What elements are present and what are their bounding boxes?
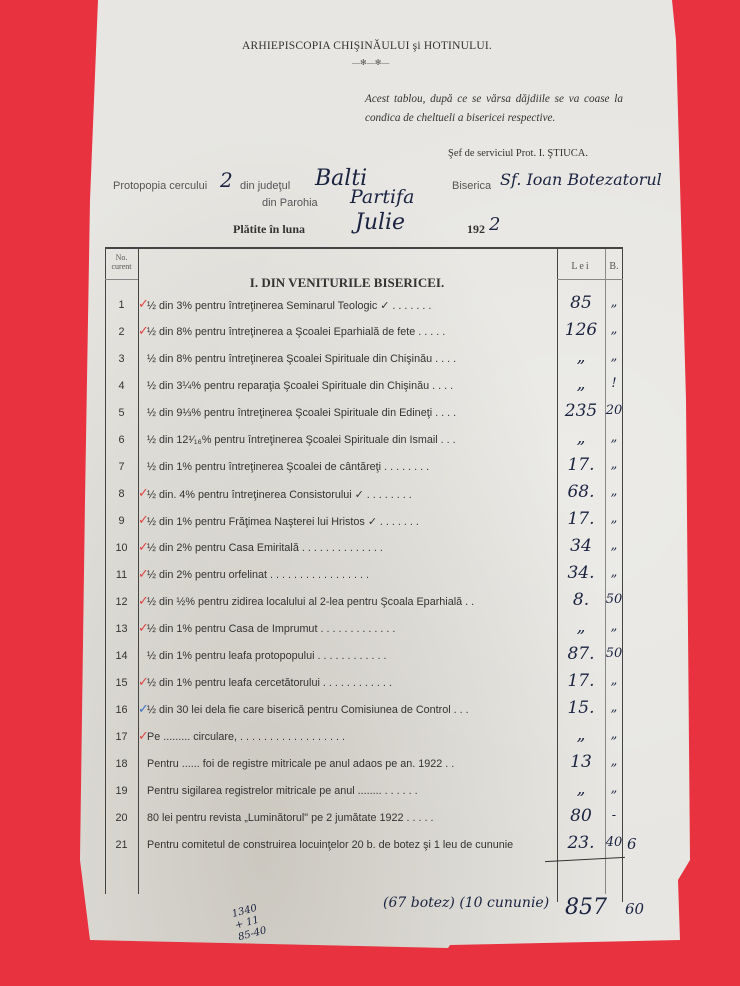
section-title: I. DIN VENITURILE BISERICEI.: [147, 275, 547, 291]
platite-month: Julie: [355, 210, 405, 235]
table-row: 8✓½ din. 4% pentru întreţinerea Consisto…: [105, 480, 623, 507]
total-bani: 60: [625, 900, 644, 918]
table-row: 11✓½ din 2% pentru orfelinat . . . . . .…: [105, 561, 623, 588]
table-row: 19Pentru sigilarea registrelor mitricale…: [105, 777, 623, 804]
table-row: 2080 lei pentru revista „Luminătorul" pe…: [105, 804, 623, 831]
parohia-value: Partifa: [350, 186, 414, 208]
judet-label: din judeţul: [240, 180, 290, 192]
table-row: 14½ din 1% pentru leafa protopopului . .…: [105, 642, 623, 669]
ornament-divider: —✻—✻—: [352, 58, 389, 67]
col-header-b: B.: [605, 261, 623, 272]
table-row: 15✓½ din 1% pentru leafa cercetătorului …: [105, 669, 623, 696]
table-row: 3½ din 8% pentru întreţinerea Şcoalei Sp…: [105, 345, 623, 372]
table-row: 10✓½ din 2% pentru Casa Emiritală . . . …: [105, 534, 623, 561]
total-lei: 857: [565, 895, 607, 920]
row21-extra-mark: 6: [627, 835, 637, 853]
archdiocese-title: ARHIEPISCOPIA CHIŞINĂULUI şi HOTINULUI.: [242, 40, 492, 52]
table-row: 12✓½ din ½% pentru zidirea localului al …: [105, 588, 623, 615]
platite-label: Plătite în luna: [233, 222, 305, 237]
table-row: 18Pentru ...... foi de registre mitrical…: [105, 750, 623, 777]
protopopia-label: Protopopia cercului: [113, 180, 207, 192]
table-row: 16✓½ din 30 lei dela fie care biserică p…: [105, 696, 623, 723]
col-header-lei: Lei: [557, 261, 605, 272]
table-row: 4½ din 3¼% pentru reparaţia Şcoalei Spir…: [105, 372, 623, 399]
biserica-label: Biserica: [452, 180, 491, 192]
biserica-value: Sf. Ioan Botezatorul: [500, 170, 662, 189]
table-row: 7½ din 1% pentru întreţinerea Şcoalei de…: [105, 453, 623, 480]
year-printed: 192: [467, 222, 485, 237]
parohia-label: din Parohia: [262, 197, 318, 209]
table-row: 1✓½ din 3% pentru întreţinerea Seminarul…: [105, 291, 623, 318]
protopopia-value: 2: [220, 168, 233, 192]
subnote-handwritten: (67 botez) (10 cununie): [383, 895, 549, 911]
table-row: 2✓½ din 8% pentru întreţinerea a Şcoalei…: [105, 318, 623, 345]
table-row: 13✓½ din 1% pentru Casa de Imprumut . . …: [105, 615, 623, 642]
table-row: 9✓½ din 1% pentru Frăţimea Naşterei lui …: [105, 507, 623, 534]
col-header-no: No. curent: [105, 253, 138, 271]
signature-line: Şef de serviciul Prot. I. ŞTIUCA.: [448, 148, 588, 159]
table-row: 17✓Pe ......... circulare, . . . . . . .…: [105, 723, 623, 750]
table-row: 21Pentru comitetul de construirea locuin…: [105, 831, 623, 858]
instruction-note: Acest tablou, după ce se vărsa dăjdiile …: [365, 90, 623, 128]
table-row: 5½ din 9⅓% pentru întreţinerea Şcoalei S…: [105, 399, 623, 426]
table-row: 6½ din 12¹⁄₁₆% pentru întreţinerea Şcoal…: [105, 426, 623, 453]
year-handwritten: 2: [489, 214, 500, 235]
revenue-table: No. curent I. DIN VENITURILE BISERICEI. …: [105, 247, 623, 894]
